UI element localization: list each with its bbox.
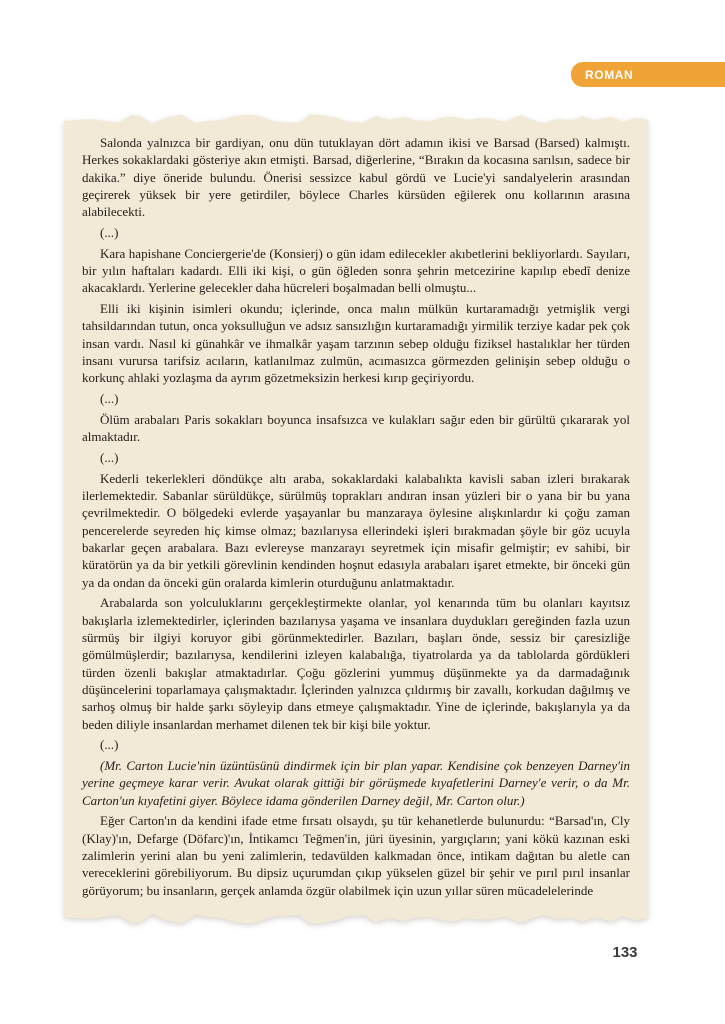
excerpt-text: Salonda yalnızca bir gardiyan, onu dün t… (64, 128, 648, 910)
torn-edge-bottom (64, 910, 648, 926)
omission-marker: (...) (82, 736, 630, 753)
excerpt-paper: Salonda yalnızca bir gardiyan, onu dün t… (64, 112, 648, 926)
omission-marker: (...) (82, 224, 630, 241)
excerpt-paragraph: (Mr. Carton Lucie'nin üzüntüsünü dindirm… (82, 757, 630, 809)
category-tab-roman: ROMAN (571, 62, 725, 87)
excerpt-paragraph: Arabalarda son yolculuklarını gerçekleşt… (82, 594, 630, 732)
omission-marker: (...) (82, 449, 630, 466)
excerpt-paragraph: Eğer Carton'ın da kendini ifade etme fır… (82, 812, 630, 898)
excerpt-paragraph: Elli iki kişinin isimleri okundu; içleri… (82, 300, 630, 386)
excerpt-paragraph: Kara hapishane Conciergerie'de (Konsierj… (82, 245, 630, 297)
omission-marker: (...) (82, 390, 630, 407)
excerpt-paragraph: Kederli tekerlekleri döndükçe altı araba… (82, 470, 630, 591)
category-tab-label: ROMAN (585, 68, 633, 82)
excerpt-paragraph: Ölüm arabaları Paris sokakları boyunca i… (82, 411, 630, 446)
torn-edge-top (64, 112, 648, 128)
page-number: 133 (608, 944, 642, 961)
excerpt-paragraph: Salonda yalnızca bir gardiyan, onu dün t… (82, 134, 630, 220)
